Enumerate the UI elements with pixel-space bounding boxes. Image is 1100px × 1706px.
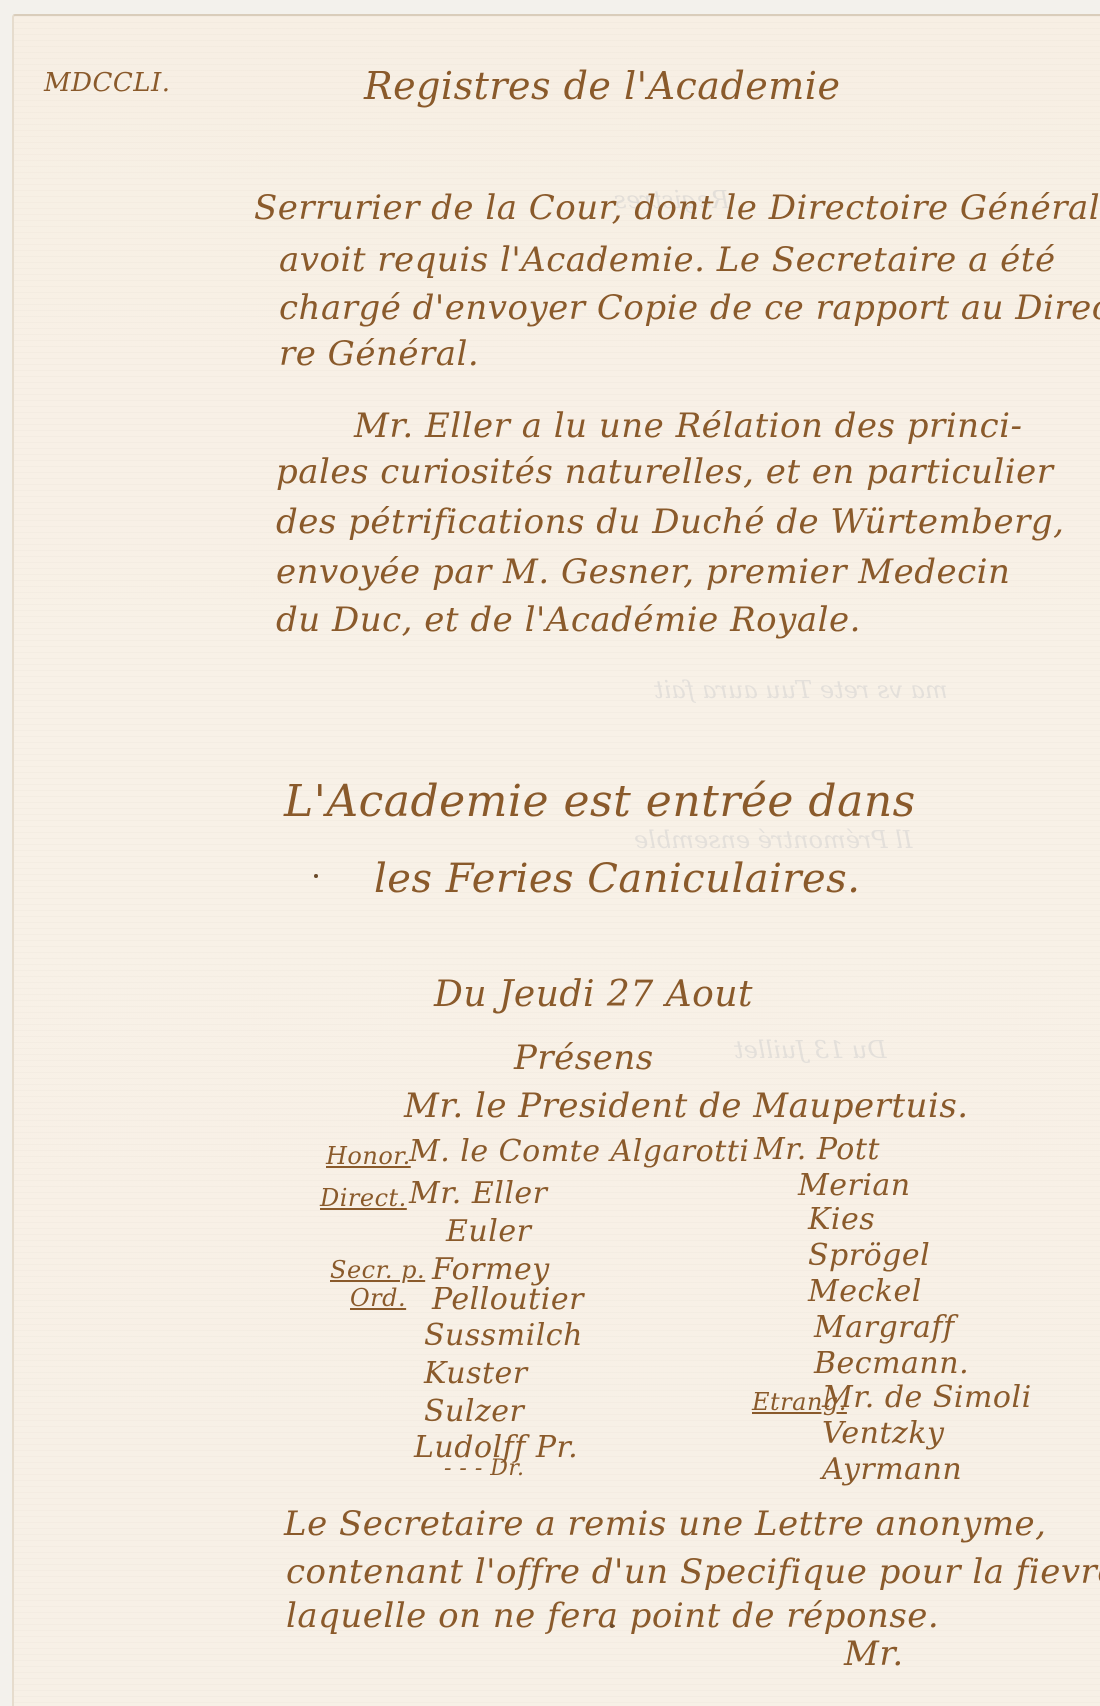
- category-label: Honor.: [326, 1142, 411, 1170]
- text-line: pales curiosités naturelles, et en parti…: [276, 452, 1054, 492]
- text-line: Serrurier de la Cour, dont le Directoire…: [254, 188, 1100, 228]
- running-title: Registres de l'Academie: [364, 64, 840, 108]
- manuscript-page: Registres ma vs rete Tuu aura fait Il Pr…: [12, 14, 1100, 1706]
- text-line: laquelle on ne fera point de réponse.: [286, 1596, 939, 1636]
- category-label: Direct.: [320, 1184, 407, 1212]
- text-line: Le Secretaire a remis une Lettre anonyme…: [284, 1504, 1047, 1544]
- attendee-name: Sulzer: [424, 1394, 524, 1429]
- catchword: Mr.: [844, 1634, 904, 1674]
- attendee-name: Kies: [808, 1202, 875, 1237]
- attendee-name: Sussmilch: [424, 1318, 583, 1353]
- text-line: des pétrifications du Duché de Würtember…: [276, 502, 1064, 542]
- ink-speck: [314, 874, 318, 878]
- year-margin-note: MDCCLI.: [44, 68, 171, 98]
- text-line: chargé d'envoyer Copie de ce rapport au …: [279, 288, 1100, 328]
- attendee-name: Ventzky: [822, 1416, 944, 1451]
- text-line: Mr. Eller a lu une Rélation des princi-: [354, 406, 1023, 446]
- text-line: re Général.: [279, 334, 479, 374]
- attendee-name: Ayrmann: [822, 1452, 962, 1487]
- bleed-through-text: Il Prémontré ensemble: [634, 826, 912, 854]
- attendee-name: Becmann.: [814, 1346, 969, 1381]
- attendee-name: Mr. de Simoli: [822, 1380, 1032, 1415]
- attendee-name: Sprögel: [808, 1238, 930, 1273]
- category-label: Secr. p.: [330, 1256, 425, 1284]
- bleed-through-text: ma vs rete Tuu aura fait: [654, 676, 948, 704]
- scanned-manuscript: Registres ma vs rete Tuu aura fait Il Pr…: [0, 0, 1100, 1706]
- attendee-name: Mr. Eller: [409, 1176, 548, 1211]
- attendee-name: Mr. Pott: [754, 1132, 880, 1167]
- attendee-name: Kuster: [424, 1356, 528, 1391]
- text-line: contenant l'offre d'un Specifique pour l…: [286, 1552, 1100, 1592]
- announcement-line: L'Academie est entrée dans: [284, 776, 916, 827]
- text-line: envoyée par M. Gesner, premier Medecin: [276, 552, 1010, 592]
- attendee-name: - - - Dr.: [444, 1456, 525, 1481]
- session-date: Du Jeudi 27 Aout: [434, 974, 753, 1015]
- president-line: Mr. le President de Maupertuis.: [404, 1086, 969, 1126]
- bleed-through-text: Du 13 Juillet: [734, 1036, 886, 1064]
- attendee-name: M. le Comte Algarotti: [409, 1134, 749, 1169]
- announcement-line: les Feries Caniculaires.: [374, 856, 860, 902]
- text-line: du Duc, et de l'Académie Royale.: [276, 600, 861, 640]
- category-label: Ord.: [350, 1284, 406, 1312]
- attendee-name: Merian: [798, 1168, 911, 1203]
- attendee-name: Pelloutier: [432, 1282, 584, 1317]
- attendee-name: Meckel: [808, 1274, 922, 1309]
- presents-label: Présens: [514, 1038, 654, 1078]
- attendee-name: Margraff: [814, 1310, 955, 1345]
- ink-speck: [610, 1624, 614, 1628]
- text-line: avoit requis l'Academie. Le Secretaire a…: [279, 240, 1056, 280]
- attendee-name: Euler: [446, 1214, 531, 1249]
